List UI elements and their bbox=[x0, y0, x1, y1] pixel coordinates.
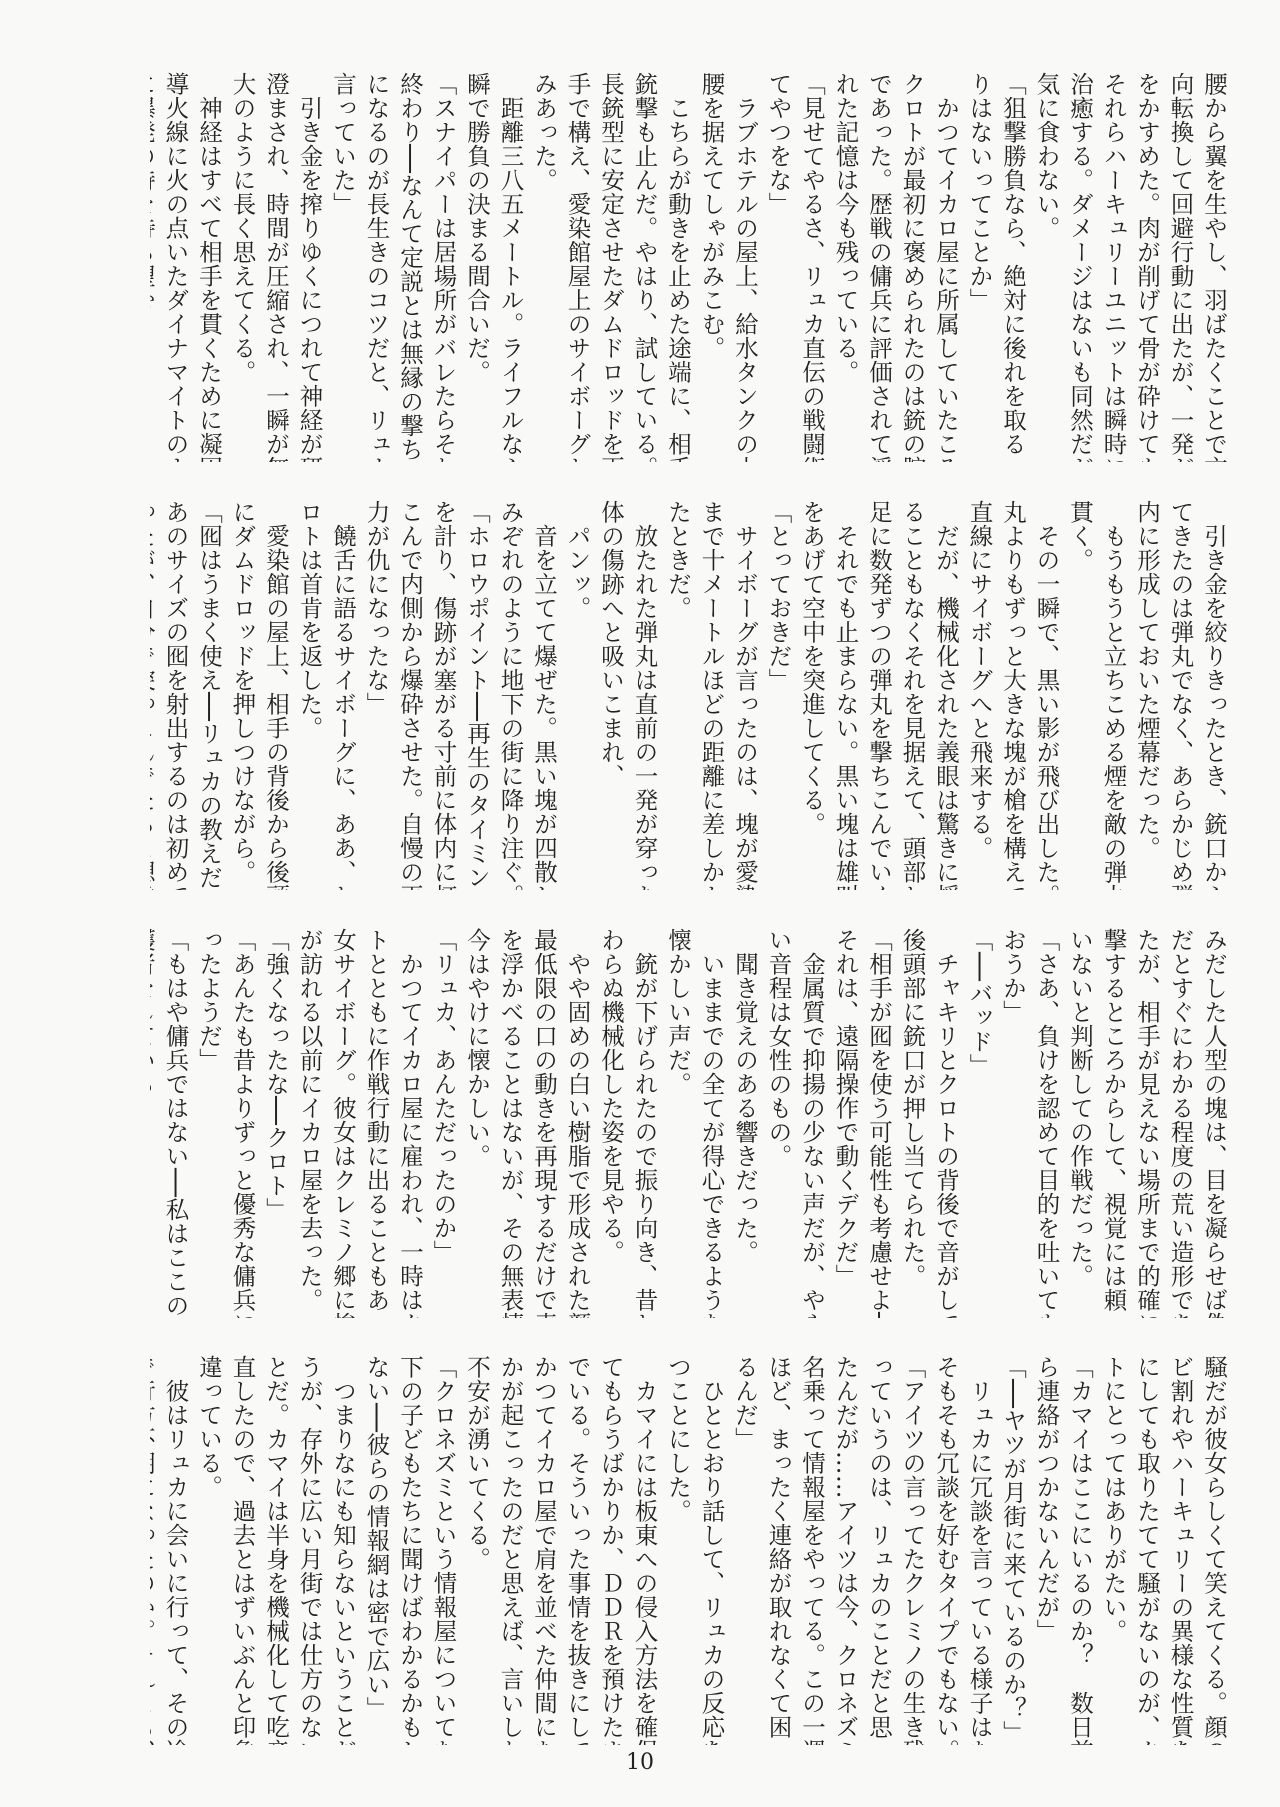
text-column: をあげて空中を突進してくる。 bbox=[795, 500, 829, 890]
text-column: 銃撃も止んだ。やはり、試している。 bbox=[627, 72, 661, 462]
text-column: 力が仇になったな」 bbox=[359, 500, 393, 890]
novel-page: 腰から翼を生やし、羽ばたくことで方向転換して回避行動に出たが、一発が膝をかすめた… bbox=[0, 0, 1280, 1807]
text-column: 護者をしている」 bbox=[150, 928, 158, 1318]
text-column: 長銃型に安定させたダムドロッドを両 bbox=[594, 72, 628, 462]
text-column: ロトは首肯を返した。 bbox=[292, 500, 326, 890]
text-column: 「──ヤツが月街に来ているのか？」 bbox=[996, 1355, 1030, 1745]
text-column: にダムドロッドを押しつけながら。 bbox=[225, 500, 259, 890]
text-column: クロトが最初に褒められたのは銃の腕前 bbox=[895, 72, 929, 462]
text-column: 治癒する。ダメージはないも同然だが、 bbox=[1063, 72, 1097, 462]
text-column: 「クロネズミという情報屋についてなら、 bbox=[426, 1355, 460, 1745]
text-column: かつてイカロ屋で肩を並べた仲間になに bbox=[527, 1355, 561, 1745]
text-column: 瞬で勝負の決まる間合いだ。 bbox=[460, 72, 494, 462]
text-column: 大のように長く思えてくる。 bbox=[225, 72, 259, 462]
text-column: だが、機械化された義眼は驚きに揺れ bbox=[929, 500, 963, 890]
text-tier-2: 引き金を絞りきったとき、銃口から出てきたのは弾丸でなく、あらかじめ弾倉内に形成し… bbox=[150, 500, 1230, 890]
text-column: 「アイツの言ってたクレミノの生き残り bbox=[895, 1355, 929, 1745]
text-column: わらぬ機械化した姿を見やる。 bbox=[594, 928, 628, 1318]
text-column: 「強くなったな──クロト」 bbox=[259, 928, 293, 1318]
text-column: おうか」 bbox=[996, 928, 1030, 1318]
text-column: を浮かべることはないが、その無表情が bbox=[493, 928, 527, 1318]
text-column: 腰を据えてしゃがみこむ。 bbox=[694, 72, 728, 462]
text-column: 腰から翼を生やし、羽ばたくことで方 bbox=[1197, 72, 1231, 462]
text-column: こちらが動きを止めた途端に、相手の bbox=[661, 72, 695, 462]
text-column: つまりなにも知らないということだろ bbox=[326, 1355, 360, 1745]
text-column: 名乗って情報屋をやってる。この一週間 bbox=[795, 1355, 829, 1745]
text-column: ったが、自分で突っこんでたらと想像す bbox=[150, 500, 158, 890]
text-column: 金属質で抑揚の少ない声だが、やや高 bbox=[795, 928, 829, 1318]
text-column: 気に食わない。 bbox=[1029, 72, 1063, 462]
page-number: 10 bbox=[0, 1750, 1280, 1775]
text-column: 「囮はうまく使え──リュカの教えだ。 bbox=[192, 500, 226, 890]
text-column: たが、相手が見えない場所まで的確に狙 bbox=[1130, 928, 1164, 1318]
text-column: 体の傷跡へと吸いこまれ、 bbox=[594, 500, 628, 890]
text-column: 導火線に火の点いたダイナマイトのよう bbox=[158, 72, 192, 462]
text-column: 女サイボーグ。彼女はクレミノ郷に惨劇 bbox=[326, 928, 360, 1318]
text-column: 違っている。 bbox=[192, 1355, 226, 1745]
text-column: それでも止まらない。黒い塊は雄叫び bbox=[828, 500, 862, 890]
text-column: 聞き覚えのある響きだった。 bbox=[728, 928, 762, 1318]
text-column: 懐かしい声だ。 bbox=[661, 928, 695, 1318]
text-column: 「見せてやるさ、リュカ直伝の戦闘術っ bbox=[795, 72, 829, 462]
text-column: 内に形成しておいた煙幕だった。 bbox=[1130, 500, 1164, 890]
text-tier-4: 騒だが彼女らしくて笑えてくる。顔のヒビ割れやハーキュリーの異様な性質を目にしても… bbox=[150, 1355, 1230, 1745]
text-column: 「カマイはここにいるのか？ 数日前か bbox=[1063, 1355, 1097, 1745]
text-tier-1: 腰から翼を生やし、羽ばたくことで方向転換して回避行動に出たが、一発が膝をかすめた… bbox=[150, 72, 1230, 462]
text-column: 足に数発ずつの弾丸を撃ちこんでいく。 bbox=[862, 500, 896, 890]
text-column: 「もはや傭兵ではない──私はここの保 bbox=[158, 928, 192, 1318]
text-column: うが、存外に広い月街では仕方のないこ bbox=[292, 1355, 326, 1745]
text-column: 丸よりもずっと大きな塊が槍を構えて一 bbox=[996, 500, 1030, 890]
text-column: 距離三八五メートル。ライフルなら一 bbox=[493, 72, 527, 462]
text-column: みぞれのように地下の街に降り注ぐ。 bbox=[493, 500, 527, 890]
text-column: てもらうばかりか、ＤＤＲを預けたまま bbox=[594, 1355, 628, 1745]
text-column: ビ割れやハーキュリーの異様な性質を目 bbox=[1163, 1355, 1197, 1745]
text-column: 不安が湧いてくる。 bbox=[460, 1355, 494, 1745]
text-column: りはないってことか」 bbox=[962, 72, 996, 462]
text-tier-3: みだした人型の塊は、目を凝らせば偽物だとすぐにわかる程度の荒い造形であったが、相… bbox=[150, 928, 1230, 1318]
text-column: あのサイズの囮を射出するのは初めてだ bbox=[158, 500, 192, 890]
text-column: いままでの全てが得心できるような、 bbox=[694, 928, 728, 1318]
text-column: てきたのは弾丸でなく、あらかじめ弾倉 bbox=[1163, 500, 1197, 890]
text-column: 音を立てて爆ぜた。黒い塊が四散し、 bbox=[527, 500, 561, 890]
text-column: ラブホテルの屋上、給水タンクの上に bbox=[728, 72, 762, 462]
text-column: 今はやけに懐かしい。 bbox=[460, 928, 494, 1318]
text-column: ら連絡がつかないんだが」 bbox=[1029, 1355, 1063, 1745]
text-column: リュカに冗談を言っている様子はない。 bbox=[962, 1355, 996, 1745]
text-column: 撃するところからして、視覚には頼って bbox=[1096, 928, 1130, 1318]
text-column: 「相手が囮を使う可能性も考慮せよ── bbox=[862, 928, 896, 1318]
text-column: ったようだ」 bbox=[192, 928, 226, 1318]
text-column: 「スナイパーは居場所がバレたらそれで bbox=[426, 72, 460, 462]
text-column: 「リュカ、あんただったのか」 bbox=[426, 928, 460, 1318]
text-column: で行方不明になったのか。それとも、ベ bbox=[150, 1355, 158, 1745]
text-column: たときだ。 bbox=[661, 500, 695, 890]
text-column: もうもうと立ちこめる煙を敵の弾丸が bbox=[1096, 500, 1130, 890]
text-column: こんで内側から爆砕させた。自慢の再生 bbox=[393, 500, 427, 890]
text-column: れた記憶は今も残っている。 bbox=[828, 72, 862, 462]
text-column: になるのが長生きのコツだと、リュカは bbox=[359, 72, 393, 462]
text-column: 放たれた弾丸は直前の一発が穿った胴 bbox=[627, 500, 661, 890]
text-column: をかすめた。肉が削げて骨が砕けても、 bbox=[1130, 72, 1164, 462]
text-column: 神経はすべて相手を貫くために凝固し、 bbox=[192, 72, 226, 462]
text-column: であった。歴戦の傭兵に評価されて浮か bbox=[862, 72, 896, 462]
text-column: 直したので、過去とはずいぶんと印象が bbox=[225, 1355, 259, 1745]
text-column: ひととおり話して、リュカの反応を待 bbox=[694, 1355, 728, 1745]
text-column: その一瞬で、黒い影が飛び出した。弾 bbox=[1029, 500, 1063, 890]
text-column: い音程は女性のもの。 bbox=[761, 928, 795, 1318]
text-column: 「──バッド」 bbox=[962, 928, 996, 1318]
text-column: 澄まされ、時間が圧縮され、一瞬が無限 bbox=[259, 72, 293, 462]
text-column: とだ。カマイは半身を機械化して吃音も bbox=[259, 1355, 293, 1745]
text-column: 向転換して回避行動に出たが、一発が膝 bbox=[1163, 72, 1197, 462]
text-column: つことにした。 bbox=[661, 1355, 695, 1745]
text-column: ることもなくそれを見据えて、頭部と手 bbox=[895, 500, 929, 890]
text-column: いないと判断しての作戦だった。 bbox=[1063, 928, 1097, 1318]
text-column: チャキリとクロトの背後で音がして、 bbox=[929, 928, 963, 1318]
text-column: サイボーグが言ったのは、塊が愛染館 bbox=[728, 500, 762, 890]
text-column: みあった。 bbox=[527, 72, 561, 462]
text-column: 「さあ、負けを認めて目的を吐いてもら bbox=[1029, 928, 1063, 1318]
text-column: を計り、傷跡が塞がる寸前に体内に打ち bbox=[426, 500, 460, 890]
text-column: みだした人型の塊は、目を凝らせば偽物 bbox=[1197, 928, 1231, 1318]
text-column: たんだが……アイツは今、クロネズミと bbox=[828, 1355, 862, 1745]
text-column: ほど、まったく連絡が取れなくて困って bbox=[761, 1355, 795, 1745]
text-column: 貫く。 bbox=[1063, 500, 1097, 890]
text-column: るんだ」 bbox=[728, 1355, 762, 1745]
text-column: やや固めの白い樹脂で形成された顔は、 bbox=[560, 928, 594, 1318]
text-column: 「あんたも昔よりずっと優秀な傭兵にな bbox=[225, 928, 259, 1318]
text-column: 彼はリュカに会いに行って、その途中 bbox=[158, 1355, 192, 1745]
text-column: かつてイカロ屋に雇われ、一時はクロ bbox=[393, 928, 427, 1318]
text-column: 「ホロウポイント──再生のタイミング bbox=[460, 500, 494, 890]
text-column: かつてイカロ屋に所属していたころ、 bbox=[929, 72, 963, 462]
text-column: 手で構え、愛染館屋上のサイボーグと睨 bbox=[560, 72, 594, 462]
text-column: パンッ。 bbox=[560, 500, 594, 890]
text-column: 「とっておきだ」 bbox=[761, 500, 795, 890]
text-column: 下の子どもたちに聞けばわかるかもしれ bbox=[393, 1355, 427, 1745]
text-column: 直線にサイボーグへと飛来する。 bbox=[962, 500, 996, 890]
text-column: トとともに作戦行動に出ることもあった bbox=[359, 928, 393, 1318]
text-column: かが起こったのだと思えば、言いしれぬ bbox=[493, 1355, 527, 1745]
text-column: 愛染館の屋上、相手の背後から後頭部 bbox=[259, 500, 293, 890]
text-column: に爆発の時を待ち望む── bbox=[150, 72, 158, 462]
text-column: でいる。そういった事情を抜きにしても、 bbox=[560, 1355, 594, 1745]
text-column: ない──彼らの情報網は密で広い」 bbox=[359, 1355, 393, 1745]
text-column: 銃が下げられたので振り向き、昔と変 bbox=[627, 928, 661, 1318]
text-column: それは、遠隔操作で動くデクだ」 bbox=[828, 928, 862, 1318]
text-column: 引き金を絞りきったとき、銃口から出 bbox=[1197, 500, 1231, 890]
text-column: 後頭部に銃口が押し当てられた。 bbox=[895, 928, 929, 1318]
text-column: っていうのは、リュカのことだと思って bbox=[862, 1355, 896, 1745]
text-column: トにとってはありがたい。 bbox=[1096, 1355, 1130, 1745]
text-column: 最低限の口の動きを再現するだけで表情 bbox=[527, 928, 561, 1318]
text-column: 終わり──なんて定説とは無縁の撃ち手 bbox=[393, 72, 427, 462]
text-column: まで十メートルほどの距離に差しかかっ bbox=[694, 500, 728, 890]
text-column: カマイには板東への侵入方法を確保し bbox=[627, 1355, 661, 1745]
text-column: 言っていた」 bbox=[326, 72, 360, 462]
text-column: そもそも冗談を好むタイプでもない。 bbox=[929, 1355, 963, 1745]
text-column: にしても取りたてて騒がないのが、クロ bbox=[1130, 1355, 1164, 1745]
text-column: 引き金を搾りゆくにつれて神経が研ぎ bbox=[292, 72, 326, 462]
text-column: が訪れる以前にイカロ屋を去った。 bbox=[292, 928, 326, 1318]
text-column: それらハーキュリーユニットは瞬時に bbox=[1096, 72, 1130, 462]
text-column: だとすぐにわかる程度の荒い造形であっ bbox=[1163, 928, 1197, 1318]
text-column: てやつをな」 bbox=[761, 72, 795, 462]
text-column: 「狙撃勝負なら、絶対に後れを取るつも bbox=[996, 72, 1030, 462]
text-column: 騒だが彼女らしくて笑えてくる。顔のヒ bbox=[1197, 1355, 1231, 1745]
text-column: 饒舌に語るサイボーグに、ああ、とク bbox=[326, 500, 360, 890]
